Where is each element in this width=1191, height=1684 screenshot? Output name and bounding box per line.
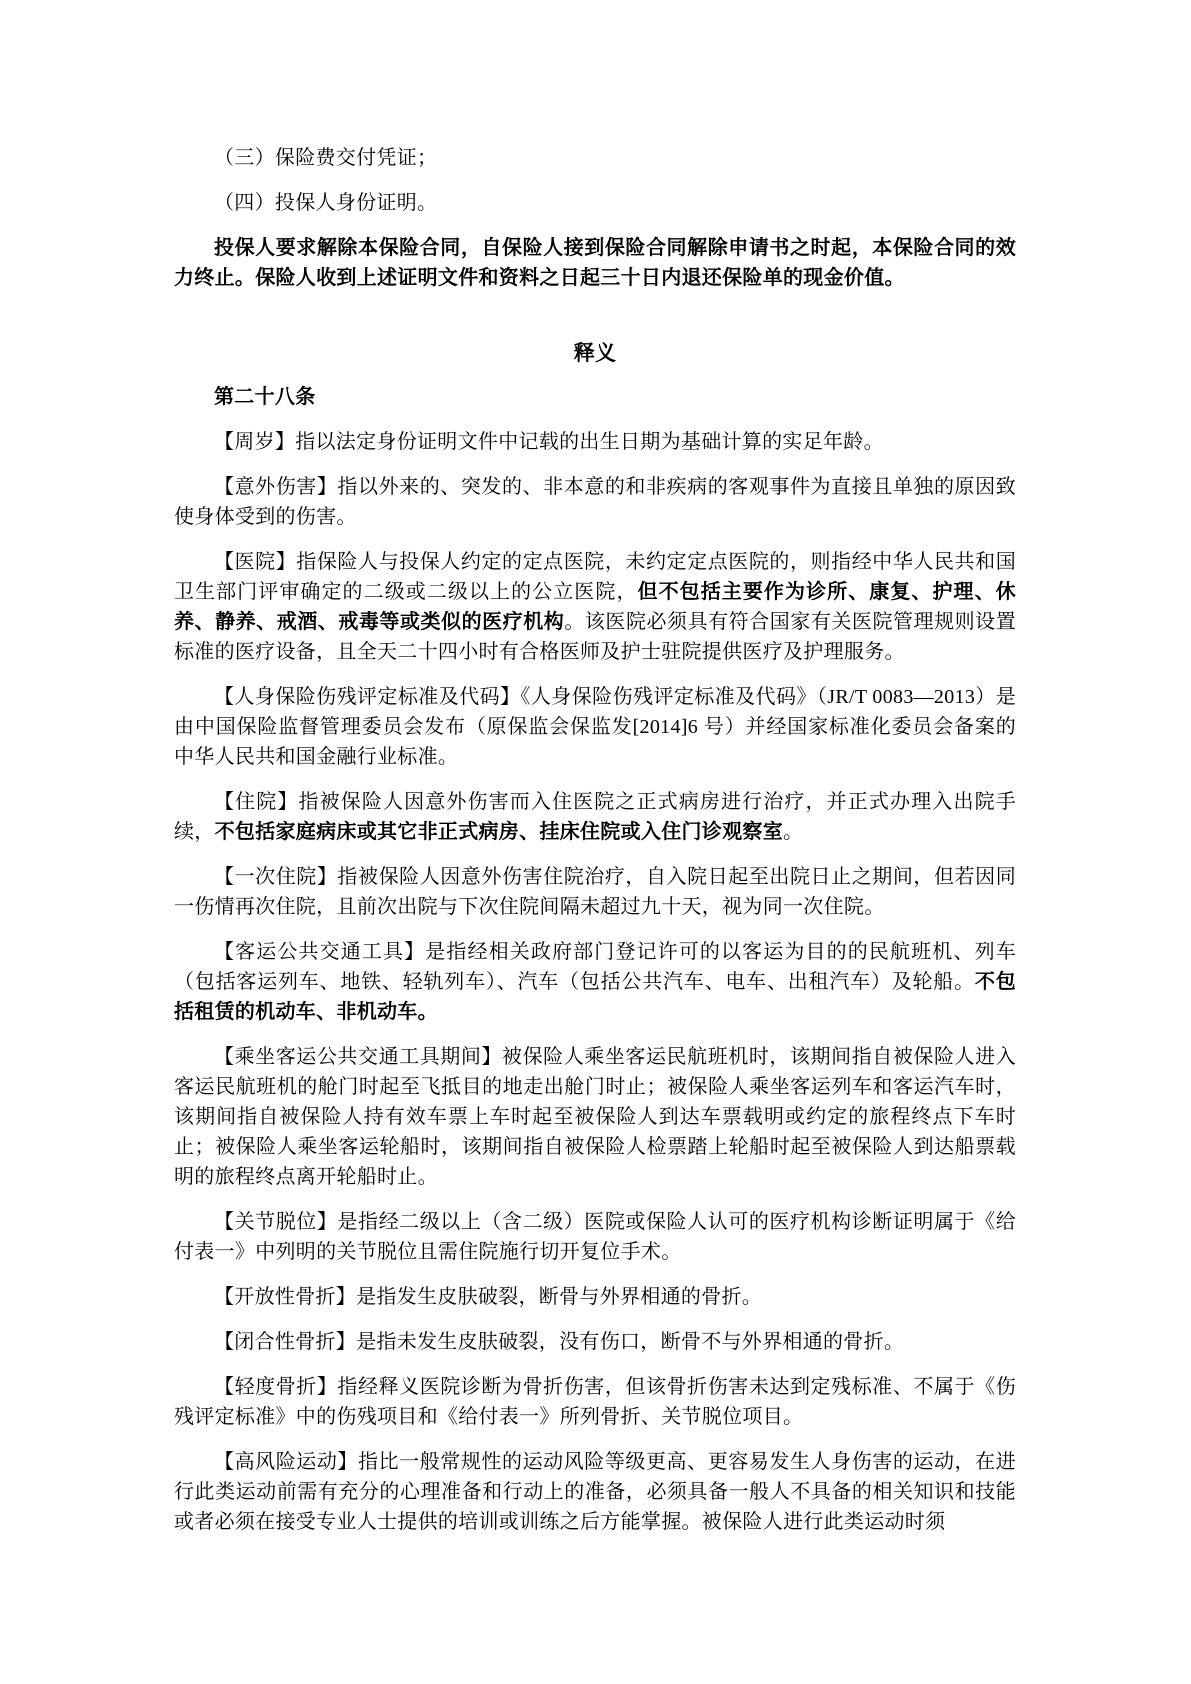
def-high-risk-sports-run-0: 【高风险运动】指比一般常规性的运动风险等级更高、更容易发生人身伤害的运动，在进行… <box>174 1451 1016 1533</box>
def-hospitalization-run-2: 。 <box>783 821 803 843</box>
def-high-risk-sports: 【高风险运动】指比一般常规性的运动风险等级更高、更容易发生人身伤害的运动，在进行… <box>174 1447 1016 1537</box>
def-disability-standard: 【人身保险伤残评定标准及代码】《人身保险伤残评定标准及代码》（JR/T 0083… <box>174 682 1016 772</box>
def-transport-period: 【乘坐客运公共交通工具期间】被保险人乘坐客运民航班机时，该期间指自被保险人进入客… <box>174 1042 1016 1192</box>
def-hospitalization-run-1: 不包括家庭病床或其它非正式病房、挂床住院或入住门诊观察室 <box>215 821 783 843</box>
contract-document-page: （三）保险费交付凭证；（四）投保人身份证明。投保人要求解除本保险合同，自保险人接… <box>0 0 1191 1684</box>
def-closed-fracture-run-0: 【闭合性骨折】是指未发生皮肤破裂，没有伤口，断骨不与外界相通的骨折。 <box>214 1331 904 1353</box>
def-joint-dislocation: 【关节脱位】是指经二级以上（含二级）医院或保险人认可的医疗机构诊断证明属于《给付… <box>174 1207 1016 1267</box>
def-disability-standard-run-0: 【人身保险伤残评定标准及代码】《人身保险伤残评定标准及代码》（JR/T 0083… <box>174 686 1016 768</box>
def-minor-fracture: 【轻度骨折】指经释义医院诊断为骨折伤害，但该骨折伤害未达到定残标准、不属于《伤残… <box>174 1372 1016 1432</box>
termination-clause: 投保人要求解除本保险合同，自保险人接到保险合同解除申请书之时起，本保险合同的效力… <box>174 233 1016 293</box>
def-hospitalization: 【住院】指被保险人因意外伤害而入住医院之正式病房进行治疗，并正式办理入出院手续，… <box>174 787 1016 847</box>
def-open-fracture-run-0: 【开放性骨折】是指发生皮肤破裂，断骨与外界相通的骨折。 <box>214 1286 762 1308</box>
list-item-4-run-0: （四）投保人身份证明。 <box>214 192 437 214</box>
def-single-hospitalization: 【一次住院】指被保险人因意外伤害住院治疗，自入院日起至出院日止之期间，但若因同一… <box>174 862 1016 922</box>
def-accidental-injury-run-0: 【意外伤害】指以外来的、突发的、非本意的和非疾病的客观事件为直接且单独的原因致使… <box>174 476 1016 528</box>
list-item-4: （四）投保人身份证明。 <box>174 188 1016 218</box>
definitions-title: 释义 <box>174 338 1016 369</box>
document-body: （三）保险费交付凭证；（四）投保人身份证明。投保人要求解除本保险合同，自保险人接… <box>174 143 1016 1537</box>
def-transport-period-run-0: 【乘坐客运公共交通工具期间】被保险人乘坐客运民航班机时，该期间指自被保险人进入客… <box>174 1046 1016 1188</box>
def-public-transport-run-0: 【客运公共交通工具】是指经相关政府部门登记许可的以客运为目的的民航班机、列车（包… <box>174 941 1016 993</box>
article-28-heading: 第二十八条 <box>174 382 1016 412</box>
list-item-3: （三）保险费交付凭证； <box>174 143 1016 173</box>
definitions-title-run-0: 释义 <box>574 342 617 365</box>
article-28-heading-run-0: 第二十八条 <box>214 386 316 408</box>
def-hospital: 【医院】指保险人与投保人约定的定点医院，未约定定点医院的，则指经中华人民共和国卫… <box>174 547 1016 667</box>
def-accidental-injury: 【意外伤害】指以外来的、突发的、非本意的和非疾病的客观事件为直接且单独的原因致使… <box>174 472 1016 532</box>
def-joint-dislocation-run-0: 【关节脱位】是指经二级以上（含二级）医院或保险人认可的医疗机构诊断证明属于《给付… <box>174 1211 1016 1263</box>
list-item-3-run-0: （三）保险费交付凭证； <box>214 147 437 169</box>
def-age: 【周岁】指以法定身份证明文件中记载的出生日期为基础计算的实足年龄。 <box>174 427 1016 457</box>
def-public-transport: 【客运公共交通工具】是指经相关政府部门登记许可的以客运为目的的民航班机、列车（包… <box>174 937 1016 1027</box>
def-minor-fracture-run-0: 【轻度骨折】指经释义医院诊断为骨折伤害，但该骨折伤害未达到定残标准、不属于《伤残… <box>174 1376 1016 1428</box>
def-single-hospitalization-run-0: 【一次住院】指被保险人因意外伤害住院治疗，自入院日起至出院日止之期间，但若因同一… <box>174 866 1016 918</box>
def-open-fracture: 【开放性骨折】是指发生皮肤破裂，断骨与外界相通的骨折。 <box>174 1282 1016 1312</box>
termination-clause-run-0: 投保人要求解除本保险合同，自保险人接到保险合同解除申请书之时起，本保险合同的效力… <box>174 237 1016 289</box>
def-age-run-0: 【周岁】指以法定身份证明文件中记载的出生日期为基础计算的实足年龄。 <box>214 431 884 453</box>
def-closed-fracture: 【闭合性骨折】是指未发生皮肤破裂，没有伤口，断骨不与外界相通的骨折。 <box>174 1327 1016 1357</box>
